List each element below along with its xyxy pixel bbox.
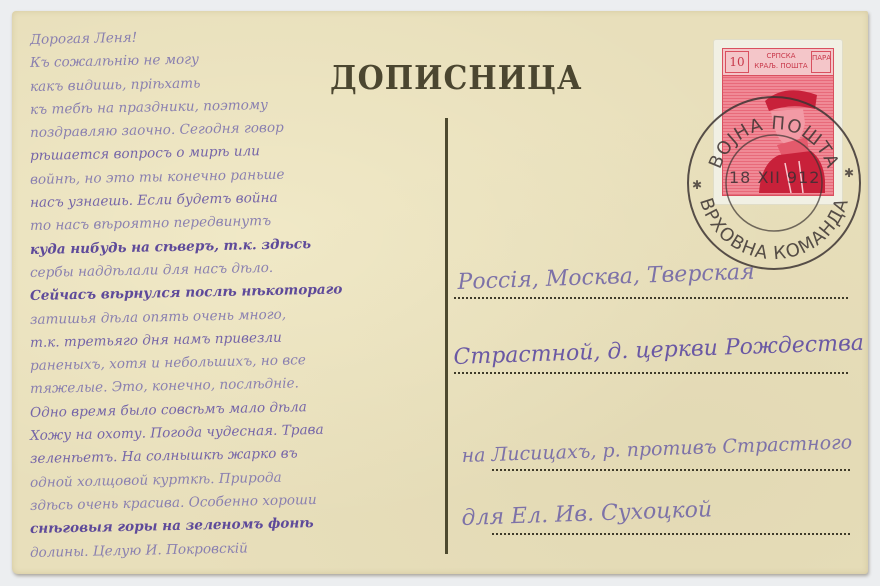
postmark-date: 18 XII 912: [729, 168, 820, 187]
address-line-4: для Ел. Ив. Сухоцкой: [492, 503, 850, 535]
stamp-value: 10: [725, 51, 749, 73]
address-line-1: Россія, Москва, Тверская: [454, 267, 848, 299]
handwritten-message: Дорогая Леня!Къ сожалѣнію не могукакъ ви…: [30, 29, 455, 565]
stamp-currency: ПАРА: [811, 51, 831, 73]
address-text: Россія, Москва, Тверская: [457, 260, 755, 295]
address-text: Страстной, д. церкви Рождества: [453, 331, 864, 370]
address-line-3: на Лисицахъ, р. противъ Страстного: [492, 439, 850, 471]
address-text: на Лисицахъ, р. противъ Страстного: [461, 431, 852, 467]
stamp-country: СРПСКА КРАЉ. ПОШТА: [750, 51, 812, 71]
address-line-2: Страстной, д. церкви Рождества: [454, 342, 848, 374]
address-text: для Ел. Ив. Сухоцкой: [461, 497, 712, 531]
